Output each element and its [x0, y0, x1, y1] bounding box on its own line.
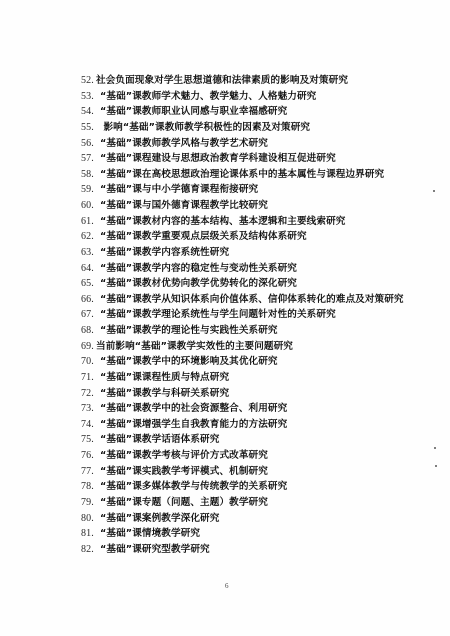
item-text: “基础”课教师职业认同感与职业幸福感研究: [100, 106, 287, 117]
item-number: 75.: [81, 432, 100, 448]
item-text: “基础”课教学考核与评价方式改革研究: [100, 450, 268, 461]
item-number: 79.: [81, 495, 100, 511]
item-number: 61.: [81, 214, 100, 230]
item-number: 53.: [81, 89, 100, 105]
list-item: 80.“基础”课案例教学深化研究: [81, 511, 404, 527]
item-number: 64.: [81, 261, 100, 277]
list-item: 57.“基础”课程建设与思想政治教育学科建设相互促进研究: [81, 151, 404, 167]
list-item: 79.“基础”课专题（问题、主题）教学研究: [81, 495, 404, 511]
item-text: 当前影响“基础”课教学实效性的主要问题研究: [96, 341, 293, 352]
list-item: 82.“基础”课研究型教学研究: [81, 542, 404, 558]
list-item: 74.“基础”课增强学生自我教育能力的方法研究: [81, 417, 404, 433]
item-number: 67.: [81, 307, 100, 323]
list-item: 68.“基础”课教学的理论性与实践性关系研究: [81, 323, 404, 339]
item-text: “基础”课教学中的社会资源整合、利用研究: [100, 403, 287, 414]
item-number: 70.: [81, 354, 100, 370]
item-text: “基础”课教材优势向教学优势转化的深化研究: [100, 278, 297, 289]
item-number: 54.: [81, 104, 100, 120]
item-number: 69.: [81, 339, 96, 355]
item-text: “基础”课教学与科研关系研究: [100, 388, 229, 399]
list-item: 77.“基础”课实践教学考评模式、机制研究: [81, 464, 404, 480]
item-number: 58.: [81, 167, 100, 183]
item-text: “基础”课教学重要观点层级关系及结构体系研究: [100, 231, 307, 242]
item-text: “基础”课专题（问题、主题）教学研究: [100, 497, 268, 508]
list-item: 56.“基础”课教师教学风格与教学艺术研究: [81, 136, 404, 152]
item-number: 57.: [81, 151, 100, 167]
scan-speck: [434, 447, 436, 449]
item-number: 62.: [81, 229, 100, 245]
item-number: 77.: [81, 464, 100, 480]
item-number: 66.: [81, 292, 100, 308]
item-text: “基础”课教学从知识体系向价值体系、信仰体系转化的难点及对策研究: [100, 294, 404, 305]
item-text: “基础”课情境教学研究: [100, 528, 200, 539]
item-text: “基础”课实践教学考评模式、机制研究: [100, 466, 268, 477]
list-item: 59.“基础”课与中小学德育课程衔接研究: [81, 182, 404, 198]
page-number: 6: [225, 582, 229, 590]
item-number: 80.: [81, 511, 100, 527]
item-text: “基础”课教师学术魅力、教学魅力、人格魅力研究: [100, 91, 316, 102]
item-text: “基础”课案例教学深化研究: [100, 513, 219, 524]
item-text: 社会负面现象对学生思想道德和法律素质的影响及对策研究: [96, 75, 348, 86]
item-text: “基础”课教学内容系统性研究: [100, 247, 229, 258]
list-item: 54.“基础”课教师职业认同感与职业幸福感研究: [81, 104, 404, 120]
item-number: 82.: [81, 542, 100, 558]
item-text: “基础”课与中小学德育课程衔接研究: [100, 184, 258, 195]
list-item: 65.“基础”课教材优势向教学优势转化的深化研究: [81, 276, 404, 292]
list-item: 58.“基础”课在高校思想政治理论课体系中的基本属性与课程边界研究: [81, 167, 404, 183]
item-number: 81.: [81, 526, 100, 542]
item-text: “基础”课教学理论系统性与学生问题针对性的关系研究: [100, 309, 336, 320]
item-text: “基础”课教材内容的基本结构、基本逻辑和主要线索研究: [100, 216, 345, 227]
item-number: 55.: [81, 120, 100, 136]
item-number: 74.: [81, 417, 100, 433]
list-item: 63.“基础”课教学内容系统性研究: [81, 245, 404, 261]
list-item: 52.社会负面现象对学生思想道德和法律素质的影响及对策研究: [81, 73, 404, 89]
item-number: 72.: [81, 386, 100, 402]
list-item: 64.“基础”课教学内容的稳定性与变动性关系研究: [81, 261, 404, 277]
item-text: “基础”课教学中的环境影响及其优化研究: [100, 356, 278, 367]
item-number: 60.: [81, 198, 100, 214]
list-item: 78.“基础”课多媒体教学与传统教学的关系研究: [81, 479, 404, 495]
item-number: 78.: [81, 479, 100, 495]
scan-speck: [433, 190, 435, 192]
item-text: “基础”课多媒体教学与传统教学的关系研究: [100, 481, 287, 492]
item-number: 71.: [81, 370, 100, 386]
document-page: 52.社会负面现象对学生思想道德和法律素质的影响及对策研究 53.“基础”课教师…: [0, 0, 450, 636]
item-text: 影响“基础”课教师教学积极性的因素及对策研究: [100, 122, 310, 133]
item-text: “基础”课教学话语体系研究: [100, 434, 219, 445]
item-number: 76.: [81, 448, 100, 464]
item-text: “基础”课教学内容的稳定性与变动性关系研究: [100, 263, 297, 274]
list-item: 71.“基础”课课程性质与特点研究: [81, 370, 404, 386]
list-item: 66.“基础”课教学从知识体系向价值体系、信仰体系转化的难点及对策研究: [81, 292, 404, 308]
research-topic-list: 52.社会负面现象对学生思想道德和法律素质的影响及对策研究 53.“基础”课教师…: [81, 73, 404, 557]
list-item: 81.“基础”课情境教学研究: [81, 526, 404, 542]
item-text: “基础”课课程性质与特点研究: [100, 372, 229, 383]
item-text: “基础”课教师教学风格与教学艺术研究: [100, 138, 268, 149]
list-item: 61.“基础”课教材内容的基本结构、基本逻辑和主要线索研究: [81, 214, 404, 230]
list-item: 69.当前影响“基础”课教学实效性的主要问题研究: [81, 339, 404, 355]
item-number: 63.: [81, 245, 100, 261]
item-number: 68.: [81, 323, 100, 339]
item-number: 59.: [81, 182, 100, 198]
item-text: “基础”课研究型教学研究: [100, 544, 210, 555]
list-item: 60.“基础”课与国外德育课程教学比较研究: [81, 198, 404, 214]
list-item: 76.“基础”课教学考核与评价方式改革研究: [81, 448, 404, 464]
list-item: 67.“基础”课教学理论系统性与学生问题针对性的关系研究: [81, 307, 404, 323]
item-number: 65.: [81, 276, 100, 292]
item-number: 52.: [81, 73, 96, 89]
list-item: 72.“基础”课教学与科研关系研究: [81, 386, 404, 402]
item-text: “基础”课在高校思想政治理论课体系中的基本属性与课程边界研究: [100, 169, 384, 180]
list-item: 53.“基础”课教师学术魅力、教学魅力、人格魅力研究: [81, 89, 404, 105]
list-item: 55. 影响“基础”课教师教学积极性的因素及对策研究: [81, 120, 404, 136]
item-number: 73.: [81, 401, 100, 417]
list-item: 73.“基础”课教学中的社会资源整合、利用研究: [81, 401, 404, 417]
list-item: 75.“基础”课教学话语体系研究: [81, 432, 404, 448]
item-text: “基础”课程建设与思想政治教育学科建设相互促进研究: [100, 153, 336, 164]
item-text: “基础”课增强学生自我教育能力的方法研究: [100, 419, 287, 430]
item-number: 56.: [81, 136, 100, 152]
scan-speck: [435, 465, 437, 467]
item-text: “基础”课教学的理论性与实践性关系研究: [100, 325, 278, 336]
list-item: 62.“基础”课教学重要观点层级关系及结构体系研究: [81, 229, 404, 245]
item-text: “基础”课与国外德育课程教学比较研究: [100, 200, 268, 211]
list-item: 70.“基础”课教学中的环境影响及其优化研究: [81, 354, 404, 370]
